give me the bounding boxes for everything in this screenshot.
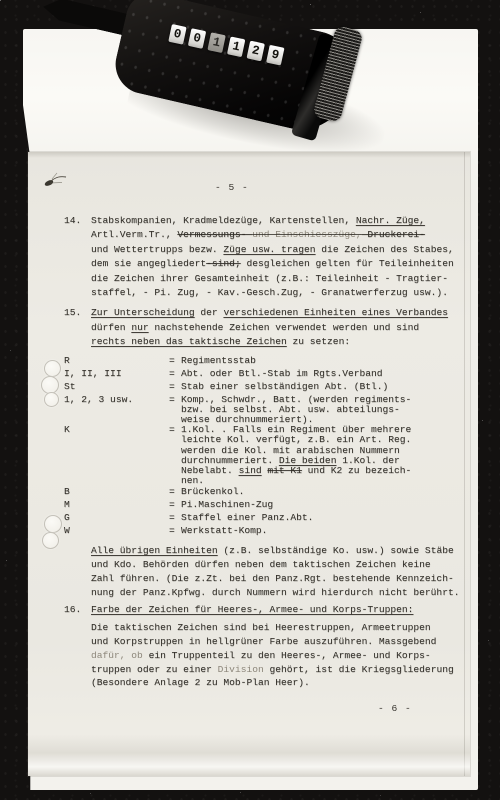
- text-line: 16.Farbe der Zeichen für Heeres-, Armee-…: [91, 603, 470, 617]
- text-segment: zu setzen:: [287, 336, 350, 347]
- equals-sign: =: [169, 500, 175, 510]
- text-segment: nachstehende Zeichen verwendet werden un…: [149, 322, 420, 333]
- text-segment: (z.B. selbständige Ko. usw.) sowie Stäbe: [218, 545, 454, 556]
- text-segment: Staffel einer Panz.Abt.: [181, 512, 313, 523]
- text-segment: und K2 zu bezeich-: [302, 465, 411, 476]
- page-number-bottom: - 6 -: [378, 703, 412, 714]
- text-segment: ein Truppenteil zu den Heeres-, Armee- u…: [143, 650, 431, 661]
- text-line: R=Regimentsstab: [181, 356, 470, 366]
- text-line: dem sie angegliedert-sind; desgleichen g…: [91, 257, 470, 271]
- text-segment: Artl.Verm.Tr.,: [91, 229, 177, 240]
- text-line: Nebelabt. sind mit K1 und K2 zu bezeich-: [181, 466, 470, 476]
- text-segment: Zahl führen. (Die z.Zt. bei den Panz.Rgt…: [91, 573, 454, 584]
- equals-sign: =: [169, 382, 175, 392]
- text-line: St=Stab einer selbständigen Abt. (Btl.): [181, 382, 470, 392]
- text-line: Alle übrigen Einheiten (z.B. selbständig…: [91, 544, 470, 558]
- item-label: 14.: [64, 214, 81, 228]
- text-segment: mit K1: [267, 465, 302, 476]
- text-segment: dem sie angegliedert: [91, 258, 206, 269]
- text-segment: dafür, ob: [91, 650, 143, 661]
- text-line: nen.: [181, 476, 470, 486]
- digit-wheel: 1: [227, 36, 245, 57]
- item-label: R: [64, 356, 70, 366]
- text-segment: truppen oder zu einer: [91, 664, 218, 675]
- item-label: 15.: [64, 306, 81, 320]
- text-line: G=Staffel einer Panz.Abt.: [181, 513, 470, 523]
- text-line: staffel, - Pi. Zug, - Kav.-Gesch.Zug, - …: [91, 286, 470, 300]
- item-label: St: [64, 382, 76, 392]
- text-segment: und Korpstruppen in hellgrüner Farbe aus…: [91, 636, 436, 647]
- symbol-row-K: K=1.Kol. . Falls ein Regiment über mehre…: [181, 425, 470, 486]
- text-segment: der: [195, 307, 224, 318]
- text-line: 14.Stabskompanien, Kradmeldezüge, Karten…: [91, 214, 470, 228]
- symbol-row-123: 1, 2, 3 usw.=Komp., Schwdr., Batt. (werd…: [181, 395, 470, 426]
- text-line: Zahl führen. (Die z.Zt. bei den Panz.Rgt…: [91, 572, 470, 586]
- equals-sign: =: [169, 487, 175, 497]
- text-segment: Farbe der Zeichen für Heeres-, Armee- un…: [91, 604, 413, 615]
- equals-sign: =: [169, 425, 175, 435]
- item-label: B: [64, 487, 70, 497]
- text-line: rechts neben das taktische Zeichen zu se…: [91, 335, 470, 349]
- item-label: 1, 2, 3 usw.: [64, 395, 133, 405]
- text-segment: (Besondere Anlage 2 zu Mob-Plan Heer).: [91, 677, 310, 688]
- item-15: 15.Zur Unterscheidung der verschiedenen …: [91, 306, 470, 349]
- text-line: dafür, ob ein Truppenteil zu den Heeres-…: [91, 649, 470, 663]
- text-line: (Besondere Anlage 2 zu Mob-Plan Heer).: [91, 676, 470, 690]
- text-line: 15.Zur Unterscheidung der verschiedenen …: [91, 306, 470, 320]
- text-line: und Korpstruppen in hellgrüner Farbe aus…: [91, 635, 470, 649]
- item-16-body: Die taktischen Zeichen sind bei Heerestr…: [91, 621, 470, 690]
- text-line: M=Pi.Maschinen-Zug: [181, 500, 470, 510]
- text-segment: und Kdo. Behörden dürfen neben dem takti…: [91, 559, 431, 570]
- text-segment: nung der Panz.Kpfwg. durch Nummern wird …: [91, 587, 459, 598]
- text-segment: Division: [218, 664, 264, 675]
- paragraph-other-units: Alle übrigen Einheiten (z.B. selbständig…: [91, 544, 470, 601]
- film-grain-specks: [0, 0, 1, 1]
- symbol-row-W: W=Werkstatt-Komp.: [181, 526, 470, 536]
- item-14: 14.Stabskompanien, Kradmeldezüge, Karten…: [91, 214, 470, 300]
- symbol-row-I-II-III: I, II, III=Abt. oder Btl.-Stab im Rgts.V…: [181, 369, 470, 379]
- text-line: B=Brückenkol.: [181, 487, 470, 497]
- symbol-row-M: M=Pi.Maschinen-Zug: [181, 500, 470, 510]
- text-line: W=Werkstatt-Komp.: [181, 526, 470, 536]
- text-segment: die Zeichen ihrer Gesamteinheit (z.B.: T…: [91, 273, 448, 284]
- symbol-row-R: R=Regimentsstab: [181, 356, 470, 366]
- text-line: und Kdo. Behörden dürfen neben dem takti…: [91, 558, 470, 572]
- text-segment: Stab einer selbständigen Abt. (Btl.): [181, 381, 388, 392]
- text-segment: nur: [131, 322, 148, 333]
- document-body: 14.Stabskompanien, Kradmeldezüge, Karten…: [28, 152, 470, 690]
- text-segment: und Einschiesszüge,: [252, 229, 361, 240]
- text-line: dürfen nur nachstehende Zeichen verwende…: [91, 321, 470, 335]
- text-segment: Brückenkol.: [181, 486, 244, 497]
- symbol-row-St: St=Stab einer selbständigen Abt. (Btl.): [181, 382, 470, 392]
- text-line: I, II, III=Abt. oder Btl.-Stab im Rgts.V…: [181, 369, 470, 379]
- equals-sign: =: [169, 526, 175, 536]
- digit-wheel: 1: [207, 32, 225, 53]
- item-label: M: [64, 500, 70, 510]
- item-label: I, II, III: [64, 369, 122, 379]
- text-segment: Abt. oder Btl.-Stab im Rgts.Verband: [181, 368, 383, 379]
- item-label: W: [64, 526, 70, 536]
- text-segment: Zur Unterscheidung: [91, 307, 195, 318]
- text-line: und Wettertrupps bezw. Züge usw. tragen …: [91, 243, 470, 257]
- digit-wheel: 2: [247, 41, 265, 62]
- text-segment: Werkstatt-Komp.: [181, 525, 267, 536]
- text-segment: Stabskompanien, Kradmeldezüge, Kartenste…: [91, 215, 356, 226]
- text-segment: und Wettertrupps bezw.: [91, 244, 223, 255]
- text-segment: Regimentsstab: [181, 355, 256, 366]
- scanned-document-photo: 001129 - 5 - 14.Stabskompanien, Kradmeld…: [0, 0, 500, 800]
- text-segment: desgleichen gelten für Teileinheiten: [241, 258, 454, 269]
- text-line: Die taktischen Zeichen sind bei Heerestr…: [91, 621, 470, 635]
- text-segment: staffel, - Pi. Zug, - Kav.-Gesch.Zug, - …: [91, 287, 448, 298]
- equals-sign: =: [169, 513, 175, 523]
- symbol-row-B: B=Brückenkol.: [181, 487, 470, 497]
- text-segment: sind: [239, 465, 262, 476]
- text-segment: Vermessungs-: [177, 229, 252, 240]
- text-line: Artl.Verm.Tr., Vermessungs- und Einschie…: [91, 228, 470, 242]
- symbol-row-G: G=Staffel einer Panz.Abt.: [181, 513, 470, 523]
- text-segment: Nachr. Züge,: [356, 215, 425, 226]
- text-segment: rechts neben das taktische Zeichen: [91, 336, 287, 347]
- text-line: die Zeichen ihrer Gesamteinheit (z.B.: T…: [91, 272, 470, 286]
- equals-sign: =: [169, 395, 175, 405]
- text-segment: dürfen: [91, 322, 131, 333]
- text-segment: verschiedenen Einheiten eines Verbandes: [223, 307, 448, 318]
- digit-wheel: 0: [188, 28, 206, 49]
- text-line: truppen oder zu einer Division gehört, i…: [91, 663, 470, 677]
- text-segment: gehört, ist die Kriegsgliederung: [264, 664, 454, 675]
- equals-sign: =: [169, 356, 175, 366]
- item-label: 16.: [64, 603, 81, 617]
- text-segment: Druckerei-: [362, 229, 425, 240]
- digit-wheel: 0: [168, 24, 186, 45]
- text-line: nung der Panz.Kpfwg. durch Nummern wird …: [91, 586, 470, 600]
- item-label: K: [64, 425, 70, 435]
- text-segment: Alle übrigen Einheiten: [91, 545, 218, 556]
- item-label: G: [64, 513, 70, 523]
- text-segment: Die taktischen Zeichen sind bei Heerestr…: [91, 622, 431, 633]
- text-segment: Züge usw. tragen: [223, 244, 315, 255]
- text-segment: nen.: [181, 475, 204, 486]
- equals-sign: =: [169, 369, 175, 379]
- document-page: - 5 - 14.Stabskompanien, Kradmeldezüge, …: [28, 152, 470, 776]
- text-segment: die Zeichen des Stabes,: [316, 244, 454, 255]
- item-16-heading: 16.Farbe der Zeichen für Heeres-, Armee-…: [91, 603, 470, 617]
- text-segment: Pi.Maschinen-Zug: [181, 499, 273, 510]
- text-segment: -sind;: [206, 258, 241, 269]
